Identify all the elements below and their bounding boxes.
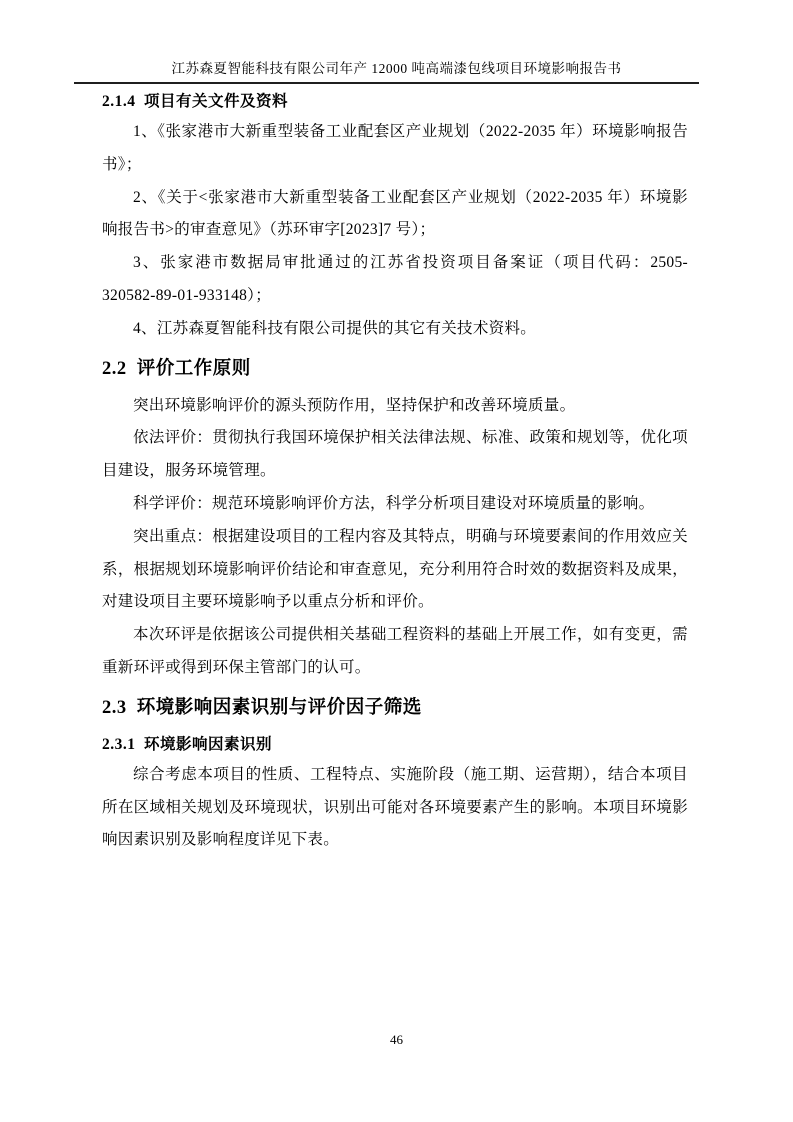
header-rule [74,82,699,84]
paragraph: 科学评价：规范环境影响评价方法，科学分析项目建设对环境质量的影响。 [102,488,688,521]
heading-number: 2.3 [102,698,127,718]
header-title: 江苏森夏智能科技有限公司年产 12000 吨高端漆包线项目环境影响报告书 [0,60,793,78]
heading-2-1-4: 2.1.4项目有关文件及资料 [102,90,688,114]
paragraph: 突出重点：根据建设项目的工程内容及其特点，明确与环境要素间的作用效应关系，根据规… [102,521,688,619]
heading-2-3-1: 2.3.1环境影响因素识别 [102,733,688,757]
heading-title: 项目有关文件及资料 [144,93,288,110]
paragraph: 突出环境影响评价的源头预防作用，坚持保护和改善环境质量。 [102,390,688,423]
list-item-3: 3、张家港市数据局审批通过的江苏省投资项目备案证（项目代码：2505-32058… [102,247,688,313]
page-number-value: 46 [390,1032,403,1047]
document-page: 江苏森夏智能科技有限公司年产 12000 吨高端漆包线项目环境影响报告书 2.1… [0,0,793,1122]
heading-number: 2.2 [102,359,127,379]
page-number: 46 [0,1030,793,1050]
list-item-2: 2、《关于<张家港市大新重型装备工业配套区产业规划（2022-2035 年）环境… [102,182,688,248]
paragraph: 综合考虑本项目的性质、工程特点、实施阶段（施工期、运营期），结合本项目所在区域相… [102,759,688,857]
list-item-1: 1、《张家港市大新重型装备工业配套区产业规划（2022-2035 年）环境影响报… [102,116,688,182]
heading-number: 2.3.1 [102,736,136,753]
list-item-4: 4、江苏森夏智能科技有限公司提供的其它有关技术资料。 [102,313,688,346]
heading-2-2: 2.2评价工作原则 [102,354,688,384]
heading-title: 环境影响因素识别 [144,736,272,753]
document-content: 2.1.4项目有关文件及资料 1、《张家港市大新重型装备工业配套区产业规划（20… [102,88,688,857]
heading-2-3: 2.3环境影响因素识别与评价因子筛选 [102,693,688,723]
heading-number: 2.1.4 [102,93,136,110]
heading-title: 环境影响因素识别与评价因子筛选 [137,698,422,718]
paragraph: 依法评价：贯彻执行我国环境保护相关法律法规、标准、政策和规划等，优化项目建设，服… [102,422,688,488]
paragraph: 本次环评是依据该公司提供相关基础工程资料的基础上开展工作，如有变更，需重新环评或… [102,619,688,685]
heading-title: 评价工作原则 [137,359,251,379]
